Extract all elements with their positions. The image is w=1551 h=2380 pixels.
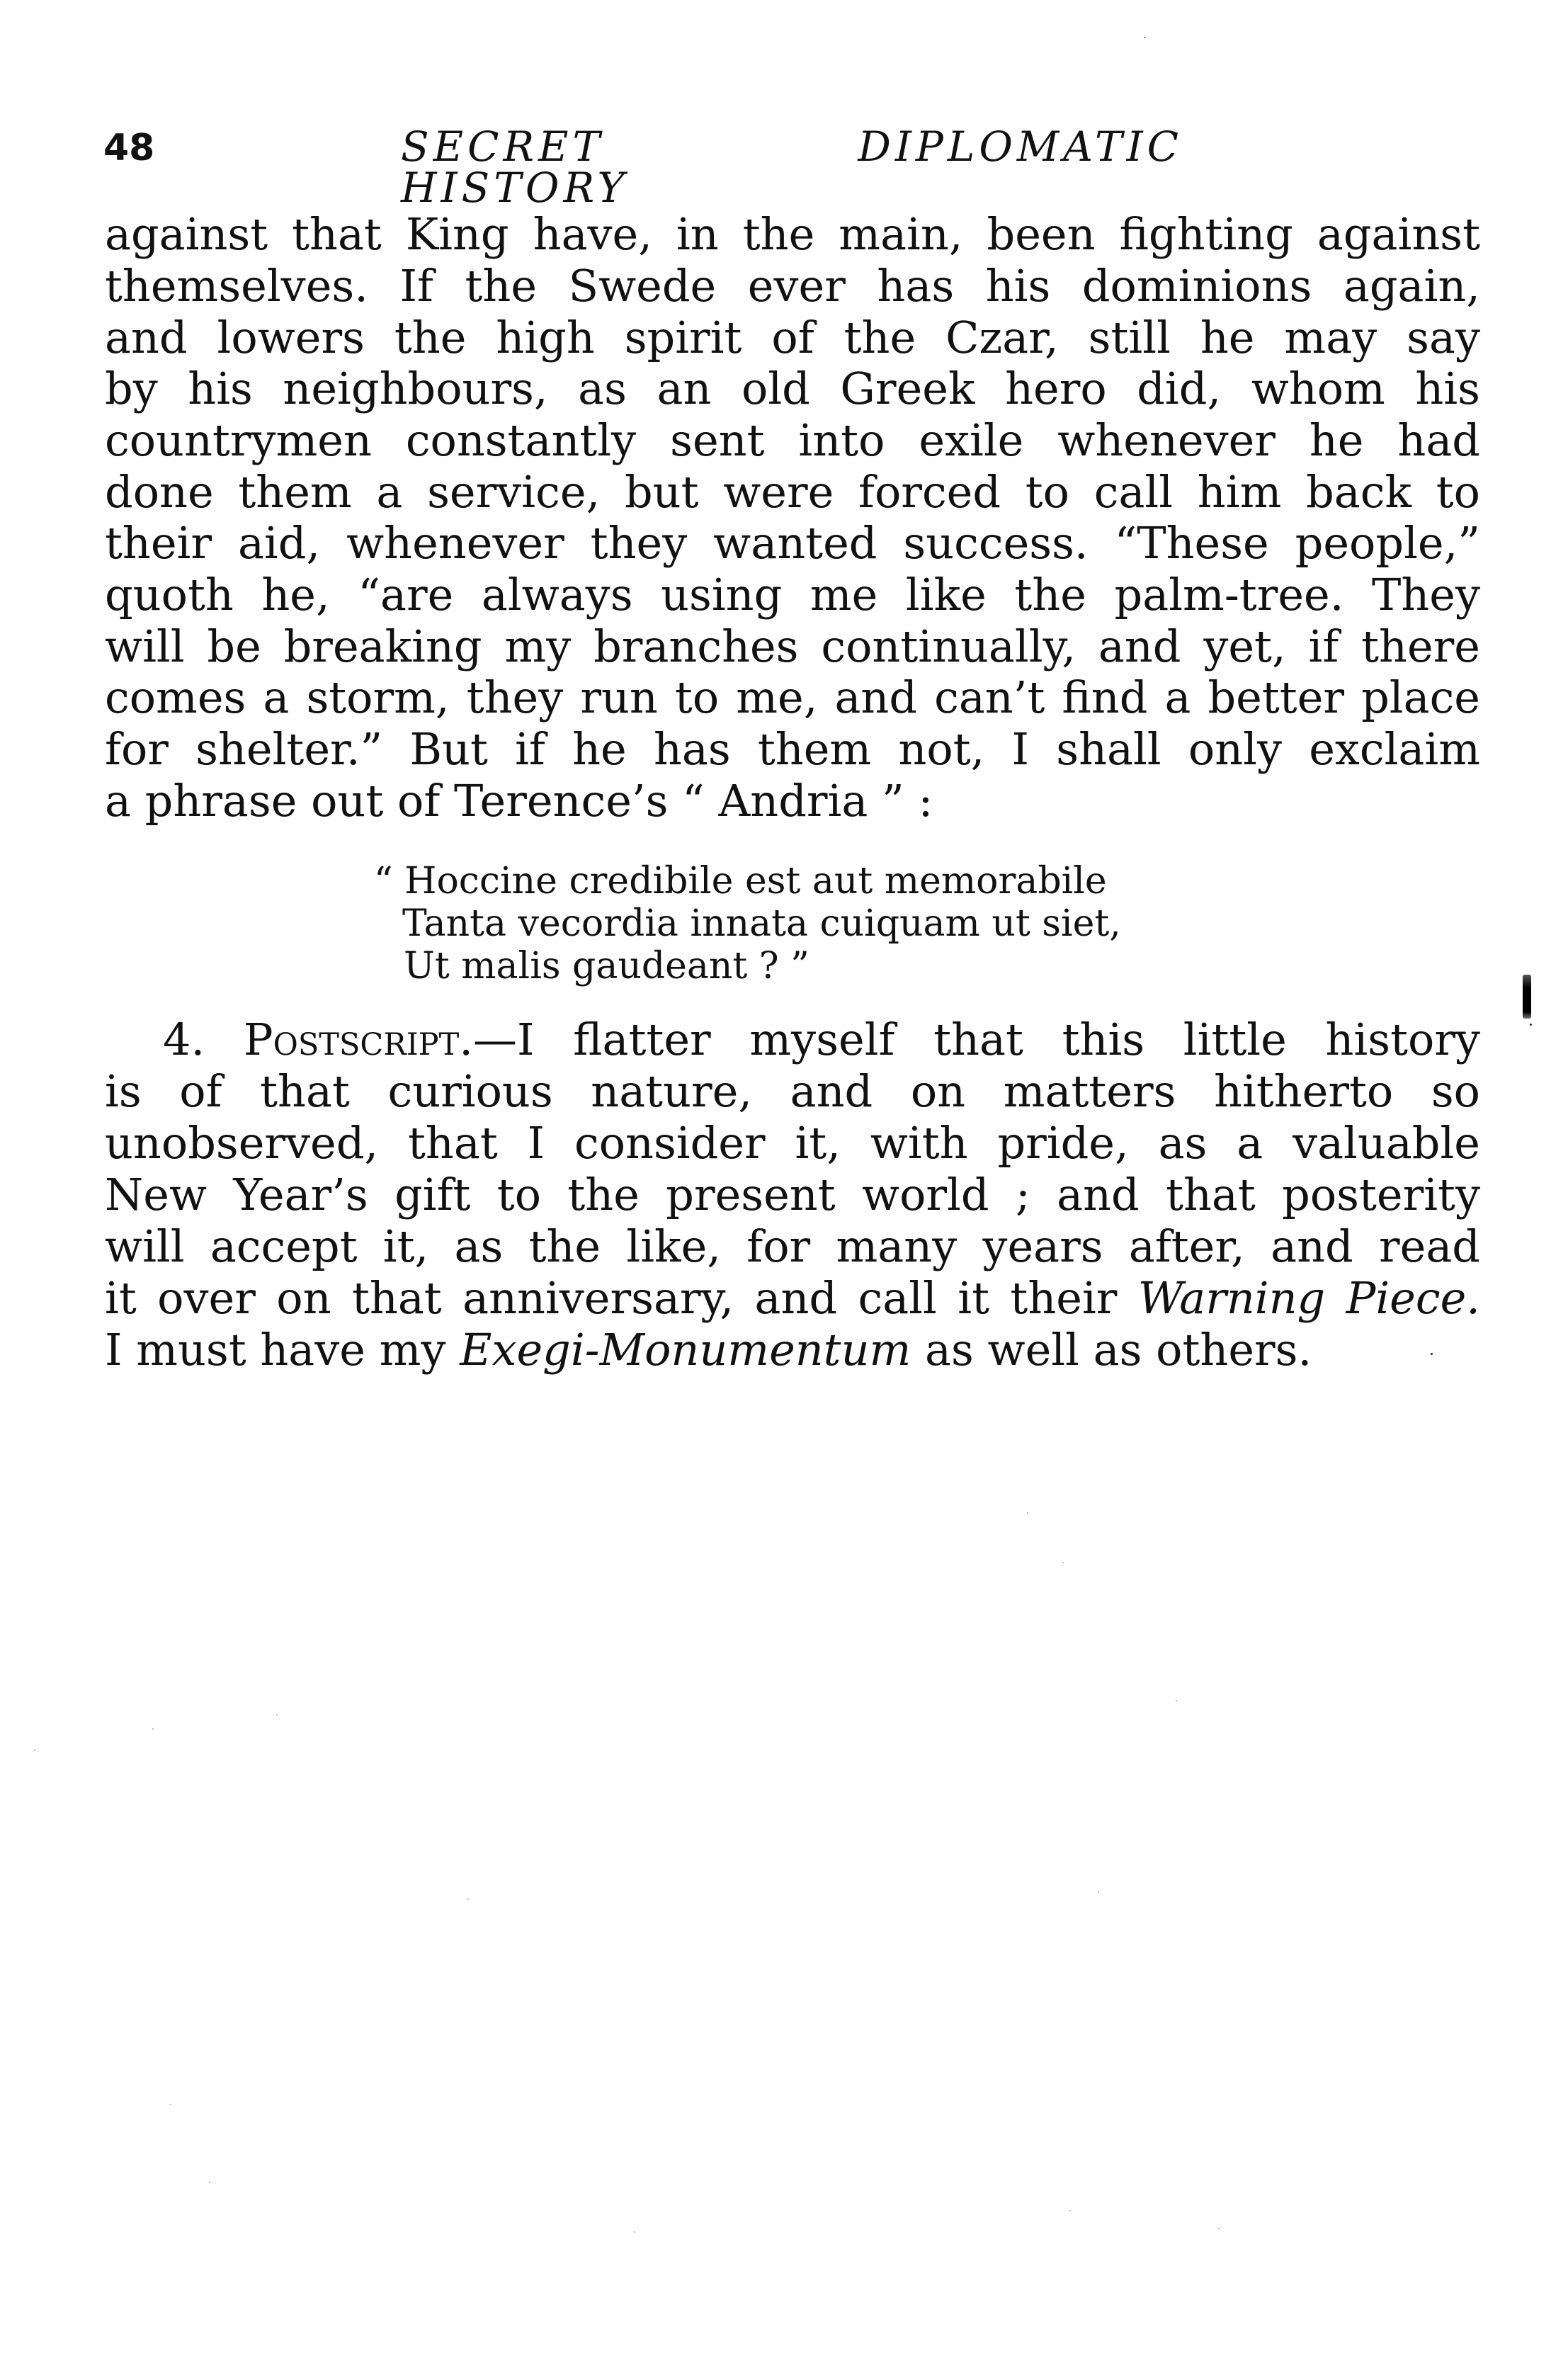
text-line: by his neighbours, as an old Greek hero … [105, 367, 1480, 411]
scan-speck [1027, 1512, 1028, 1514]
text-line: will accept it, as the like, for many ye… [105, 1225, 1480, 1269]
italic-title-warning-piece: Warning Piece. [1138, 1272, 1480, 1324]
scan-speck [1144, 37, 1146, 38]
text-line: done them a service, but were forced to … [105, 470, 1480, 514]
scan-speck [209, 2182, 210, 2183]
scan-speck [467, 1898, 469, 1900]
text-line: quoth he, “are always using me like the … [105, 573, 1480, 617]
text-line: their aid, whenever they wanted success.… [105, 521, 1480, 565]
text-line: and lowers the high spirit of the Czar, … [105, 316, 1480, 360]
text-line: unobserved, that I consider it, with pri… [105, 1121, 1480, 1165]
scan-speck [34, 1750, 35, 1751]
scan-speck [634, 2231, 635, 2233]
italic-exegi-monumentum: Exegi-Monumentum [460, 1324, 911, 1376]
text-line: New Year’s gift to the present world ; a… [105, 1173, 1480, 1217]
text-line: countrymen constantly sent into exile wh… [105, 419, 1480, 463]
text-line: it over on that anniversary, and call it… [105, 1276, 1480, 1320]
book-page: 48 SECRET DIPLOMATIC HISTORY against tha… [0, 0, 1551, 2380]
text-line: for shelter.” But if he has them not, I … [105, 727, 1480, 771]
scan-speck [1069, 2210, 1071, 2211]
text-line: comes a storm, they run to me, and can’t… [105, 676, 1480, 720]
text-line: will be breaking my branches continually… [105, 625, 1480, 669]
text-line: is of that curious nature, and on matter… [105, 1070, 1480, 1113]
text-fragment: I must have my [105, 1324, 446, 1376]
quote-line: Ut malis gaudeant ? ” [404, 948, 809, 985]
quote-line: “ Hoccine credibile est aut memorabile [374, 863, 1107, 900]
page-number: 48 [103, 130, 154, 166]
text-line: I must have my Exegi-Monumentum as well … [105, 1328, 1480, 1372]
scan-speck [152, 1728, 154, 1730]
scan-speck [1062, 1562, 1064, 1563]
text-line: against that King have, in the main, bee… [105, 212, 1480, 256]
text-fragment: I flatter myself that this little histor… [517, 1014, 1480, 1065]
text-fragment: it over on that anniversary, and call it… [105, 1272, 1117, 1324]
text-line: 4. Postscript.—I flatter myself that thi… [163, 1018, 1480, 1062]
scan-speck [1218, 2228, 1220, 2229]
margin-ink-mark [1523, 975, 1531, 1019]
scan-speck [276, 1714, 278, 1716]
scan-speck [1176, 1700, 1177, 1701]
scan-speck [1530, 1024, 1532, 1026]
quote-line: Tanta vecordia innata cuiquam ut siet, [402, 905, 1121, 942]
section-heading: Postscript. [244, 1014, 473, 1065]
scan-speck [170, 2104, 171, 2105]
em-dash: — [473, 1014, 517, 1065]
text-fragment: as well as others. [925, 1324, 1312, 1376]
scan-speck [1098, 1891, 1099, 1893]
text-line: themselves. If the Swede ever has his do… [105, 264, 1480, 308]
text-line: a phrase out of Terence’s “ Andria ” : [105, 779, 1480, 823]
section-number: 4. [163, 1014, 205, 1065]
scan-speck [1431, 1353, 1433, 1355]
running-title: SECRET DIPLOMATIC HISTORY [401, 126, 1183, 208]
